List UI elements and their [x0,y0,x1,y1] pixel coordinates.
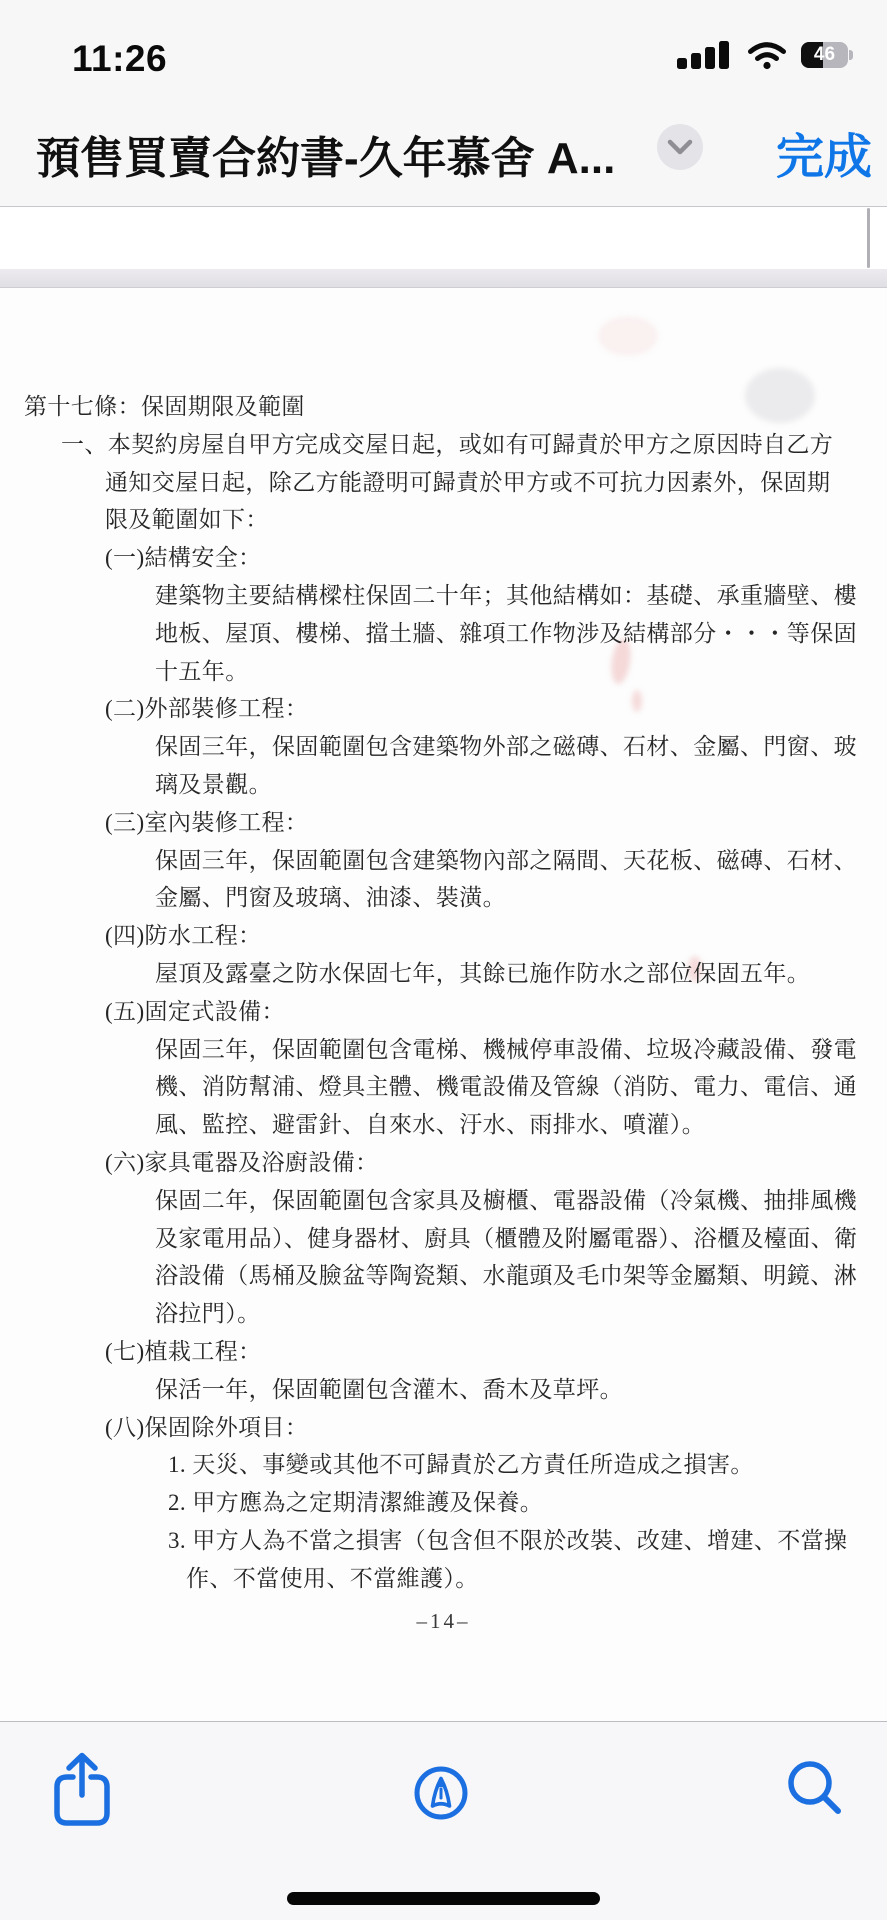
document-line: 保固三年，保固範圍包含建築物內部之隔間、天花板、磁磚、石材、 [155,842,887,880]
document-line: 通知交屋日起，除乙方能證明可歸責於甲方或不可抗力因素外，保固期 [105,464,887,502]
document-line: (六)家具電器及浴廚設備： [105,1144,887,1182]
markup-button[interactable] [413,1765,469,1824]
document-line: 保活一年，保固範圍包含灌木、喬木及草坪。 [155,1371,887,1409]
search-button[interactable] [785,1759,845,1822]
page-number: –14– [0,1609,887,1634]
document-line: 屋頂及露臺之防水保固七年，其餘已施作防水之部位保固五年。 [155,955,887,993]
document-line: 2. 甲方應為之定期清潔維護及保養。 [168,1484,887,1522]
document-line: 保固二年，保固範圍包含家具及櫥櫃、電器設備（冷氣機、抽排風機 [155,1182,887,1220]
document-line: 機、消防幫浦、燈具主體、機電設備及管線（消防、電力、電信、通 [155,1068,887,1106]
document-lines: 第十七條：保固期限及範圍一、本契約房屋自甲方完成交屋日起，或如有可歸責於甲方之原… [0,388,887,1598]
document-line: 璃及景觀。 [155,766,887,804]
document-title: 預售買賣合約書-久年慕舍 A... [36,122,615,186]
scan-smudge [598,316,658,356]
screen: 11:26 46 預售買賣合約書-久年慕舍 A... [0,0,887,1920]
document-line: (一)結構安全： [105,539,887,577]
search-icon [785,1759,845,1819]
document-line: 及家電用品）、健身器材、廚具（櫃體及附屬電器）、浴櫃及檯面、衛 [155,1220,887,1258]
document-line: 第十七條：保固期限及範圍 [24,388,887,426]
document-line: 1. 天災、事變或其他不可歸責於乙方責任所造成之損害。 [168,1446,887,1484]
scroll-indicator[interactable] [867,208,870,268]
document-line: 作、不當使用、不當維護）。 [186,1560,887,1598]
share-button[interactable] [52,1750,112,1831]
document-line: (七)植栽工程： [105,1333,887,1371]
header: 11:26 46 預售買賣合約書-久年慕舍 A... [0,0,887,207]
done-button[interactable]: 完成 [776,118,872,187]
markup-pencil-icon [413,1765,469,1821]
document-line: 浴設備（馬桶及臉盆等陶瓷類、水龍頭及毛巾架等金屬類、明鏡、淋 [155,1257,887,1295]
page-separator [0,269,887,288]
bottom-toolbar [0,1721,887,1920]
document-line: 限及範圍如下： [105,501,887,539]
document-line: (三)室內裝修工程： [105,804,887,842]
status-icons: 46 [677,41,848,69]
document-line: 浴拉門）。 [155,1295,887,1333]
battery-icon: 46 [801,42,848,68]
collapse-title-button[interactable] [657,124,703,170]
status-time: 11:26 [72,38,167,80]
share-icon [52,1750,112,1828]
document-line: 保固三年，保固範圍包含建築物外部之磁磚、石材、金屬、門窗、玻 [155,728,887,766]
battery-cap [849,50,853,60]
document-line: 地板、屋頂、樓梯、擋土牆、雜項工作物涉及結構部分・・・等保固 [155,615,887,653]
document-text: 第十七條：保固期限及範圍一、本契約房屋自甲方完成交屋日起，或如有可歸責於甲方之原… [0,388,887,1634]
document-line: (四)防水工程： [105,917,887,955]
home-indicator[interactable] [287,1892,600,1905]
document-line: 十五年。 [155,653,887,691]
document-line: 3. 甲方人為不當之損害（包含但不限於改裝、改建、增建、不當操 [168,1522,887,1560]
wifi-icon [747,41,787,70]
document-line: (五)固定式設備： [105,993,887,1031]
document-line: (八)保固除外項目： [105,1409,887,1447]
chevron-down-icon [667,139,693,155]
document-line: (二)外部裝修工程： [105,690,887,728]
document-line: 一、本契約房屋自甲方完成交屋日起，或如有可歸責於甲方之原因時自乙方 [61,426,887,464]
previous-page-strip [0,207,887,269]
document-line: 建築物主要結構樑柱保固二十年；其他結構如：基礎、承重牆壁、樓 [155,577,887,615]
document-line: 風、監控、避雷針、自來水、汙水、雨排水、噴灌）。 [155,1106,887,1144]
document-page[interactable]: 第十七條：保固期限及範圍一、本契約房屋自甲方完成交屋日起，或如有可歸責於甲方之原… [0,288,887,1722]
document-line: 保固三年，保固範圍包含電梯、機械停車設備、垃圾冷藏設備、發電 [155,1031,887,1069]
battery-percent-label: 46 [801,42,848,68]
cellular-signal-icon [677,41,733,69]
document-line: 金屬、門窗及玻璃、油漆、裝潢。 [155,879,887,917]
